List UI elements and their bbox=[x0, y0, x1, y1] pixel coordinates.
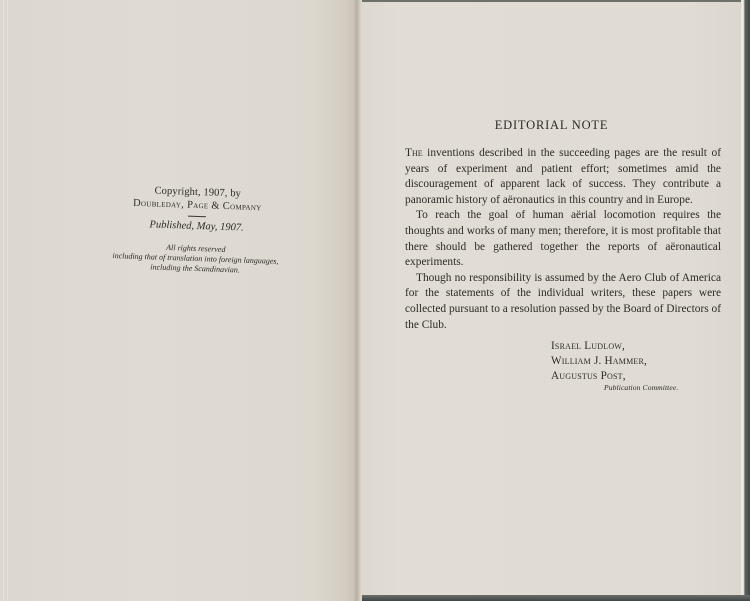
book-gutter bbox=[354, 0, 362, 601]
bottom-shadow bbox=[362, 595, 750, 601]
paragraph-text: inventions described in the succeeding p… bbox=[405, 147, 721, 206]
copyright-imprint: Copyright, 1907, by Doubleday, Page & Co… bbox=[95, 183, 298, 278]
paragraph: Though no responsibility is assumed by t… bbox=[405, 271, 721, 333]
page-edge bbox=[741, 0, 750, 601]
left-page: Copyright, 1907, by Doubleday, Page & Co… bbox=[0, 0, 356, 601]
signatories: Israel Ludlow, William J. Hammer, August… bbox=[551, 339, 731, 384]
book-spread: Copyright, 1907, by Doubleday, Page & Co… bbox=[0, 0, 750, 601]
committee-label: Publication Committee. bbox=[604, 383, 724, 392]
signatory: William J. Hammer, bbox=[551, 354, 731, 369]
signatory: Augustus Post, bbox=[551, 369, 731, 384]
lead-word: The bbox=[405, 147, 423, 159]
divider-rule bbox=[188, 216, 206, 218]
signatory: Israel Ludlow, bbox=[551, 339, 731, 354]
paragraph: The inventions described in the succeedi… bbox=[405, 146, 721, 208]
paragraph: To reach the goal of human aërial locomo… bbox=[405, 208, 721, 270]
rights-notice: All rights reserved including that of tr… bbox=[95, 240, 296, 277]
publication-date: Published, May, 1907. bbox=[96, 216, 296, 236]
editorial-note-body: The inventions described in the succeedi… bbox=[405, 146, 721, 333]
page-title: EDITORIAL NOTE bbox=[362, 118, 741, 133]
